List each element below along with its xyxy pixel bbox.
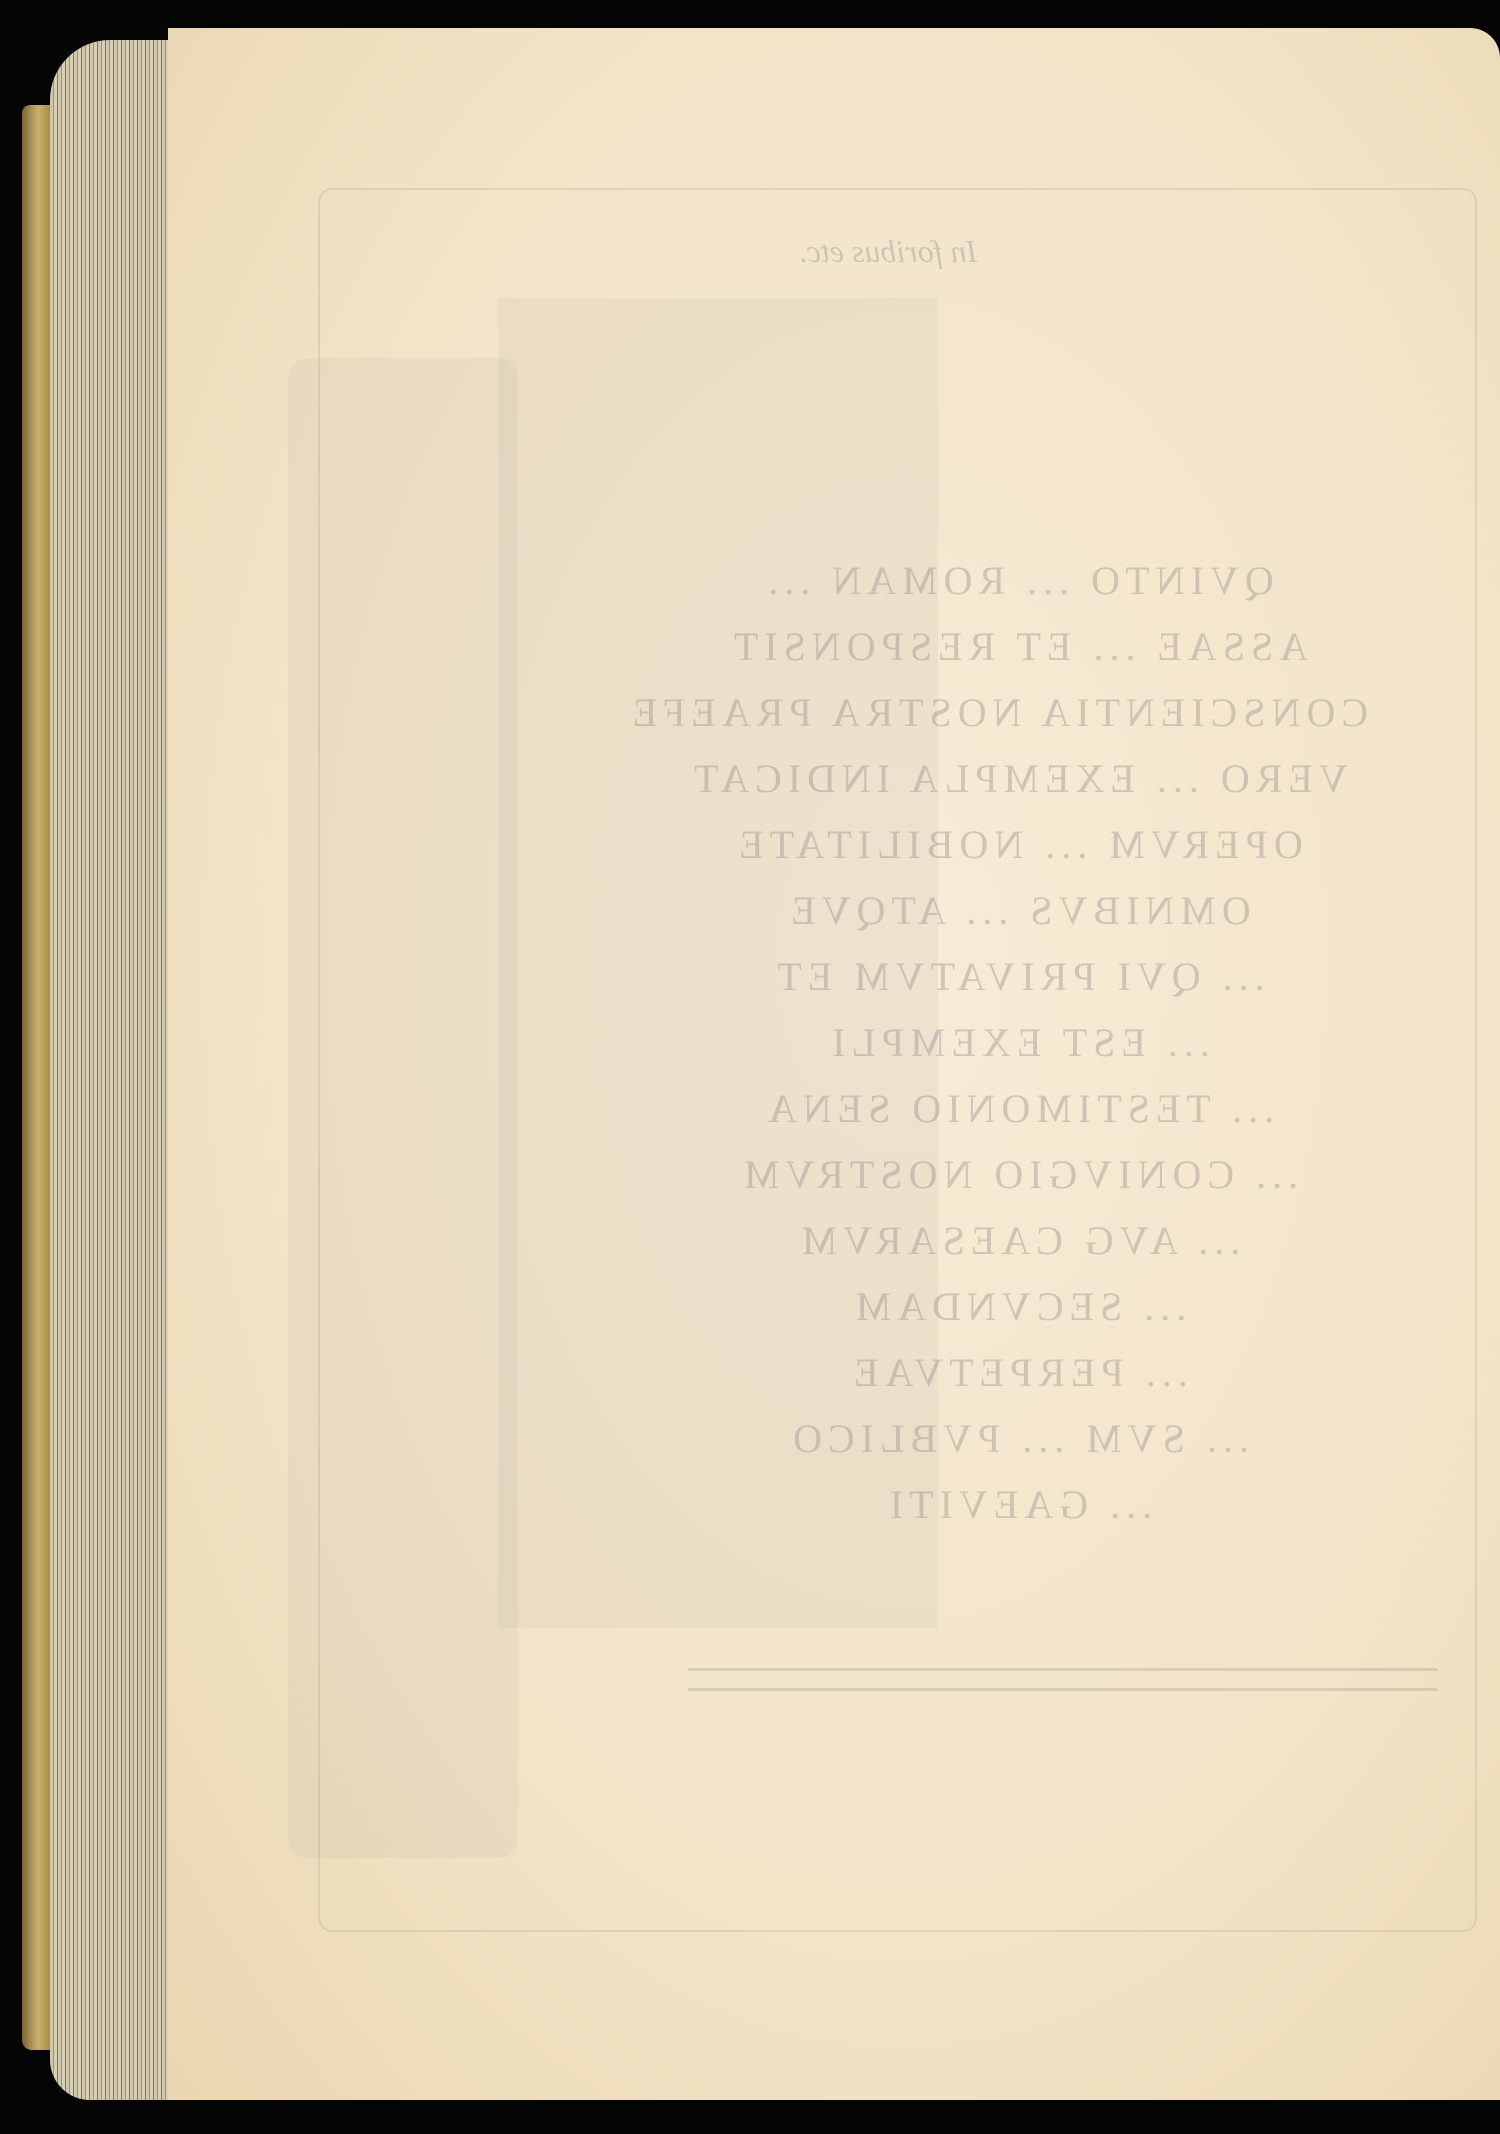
bleed-inscription: QVINTO ... ROMAN ... ASSAE ... ET RESPON… [668, 548, 1368, 1538]
inscription-line: ... EST EXEMPLI [668, 1010, 1368, 1076]
bleed-column-left [288, 358, 518, 1858]
inscription-line: ... TESTIMONIO SENA [668, 1076, 1368, 1142]
inscription-line: ... GAEVITI [668, 1472, 1368, 1538]
inscription-line: OMNIBVS ... ATQVE [668, 878, 1368, 944]
inscription-line: ASSAE ... ET RESPONSIT [668, 614, 1368, 680]
book-page: In foribus etc. QVINTO ... ROMAN ... ASS… [168, 28, 1500, 2100]
inscription-line: ... SVM ... PVBLICO [668, 1406, 1368, 1472]
inscription-line: CONSCIENTIA NOSTRA PRAEFE [668, 680, 1368, 746]
inscription-line: ... PERPETVAE [668, 1340, 1368, 1406]
bleed-rule [688, 1688, 1438, 1691]
bleed-heading: In foribus etc. [678, 233, 1098, 270]
inscription-line: ... SECVNDAM [668, 1274, 1368, 1340]
inscription-line: ... CONIVGIO NOSTRVM [668, 1142, 1368, 1208]
page-block-edge [50, 40, 175, 2100]
inscription-line: ... AVG CAESARVM [668, 1208, 1368, 1274]
inscription-line: OPERVM ... NOBILITATE [668, 812, 1368, 878]
bleed-rule [688, 1668, 1438, 1671]
inscription-line: VERO ... EXEMPLA INDICAT [668, 746, 1368, 812]
inscription-line: QVINTO ... ROMAN ... [668, 548, 1368, 614]
inscription-line: ... QVI PRIVATVM ET [668, 944, 1368, 1010]
